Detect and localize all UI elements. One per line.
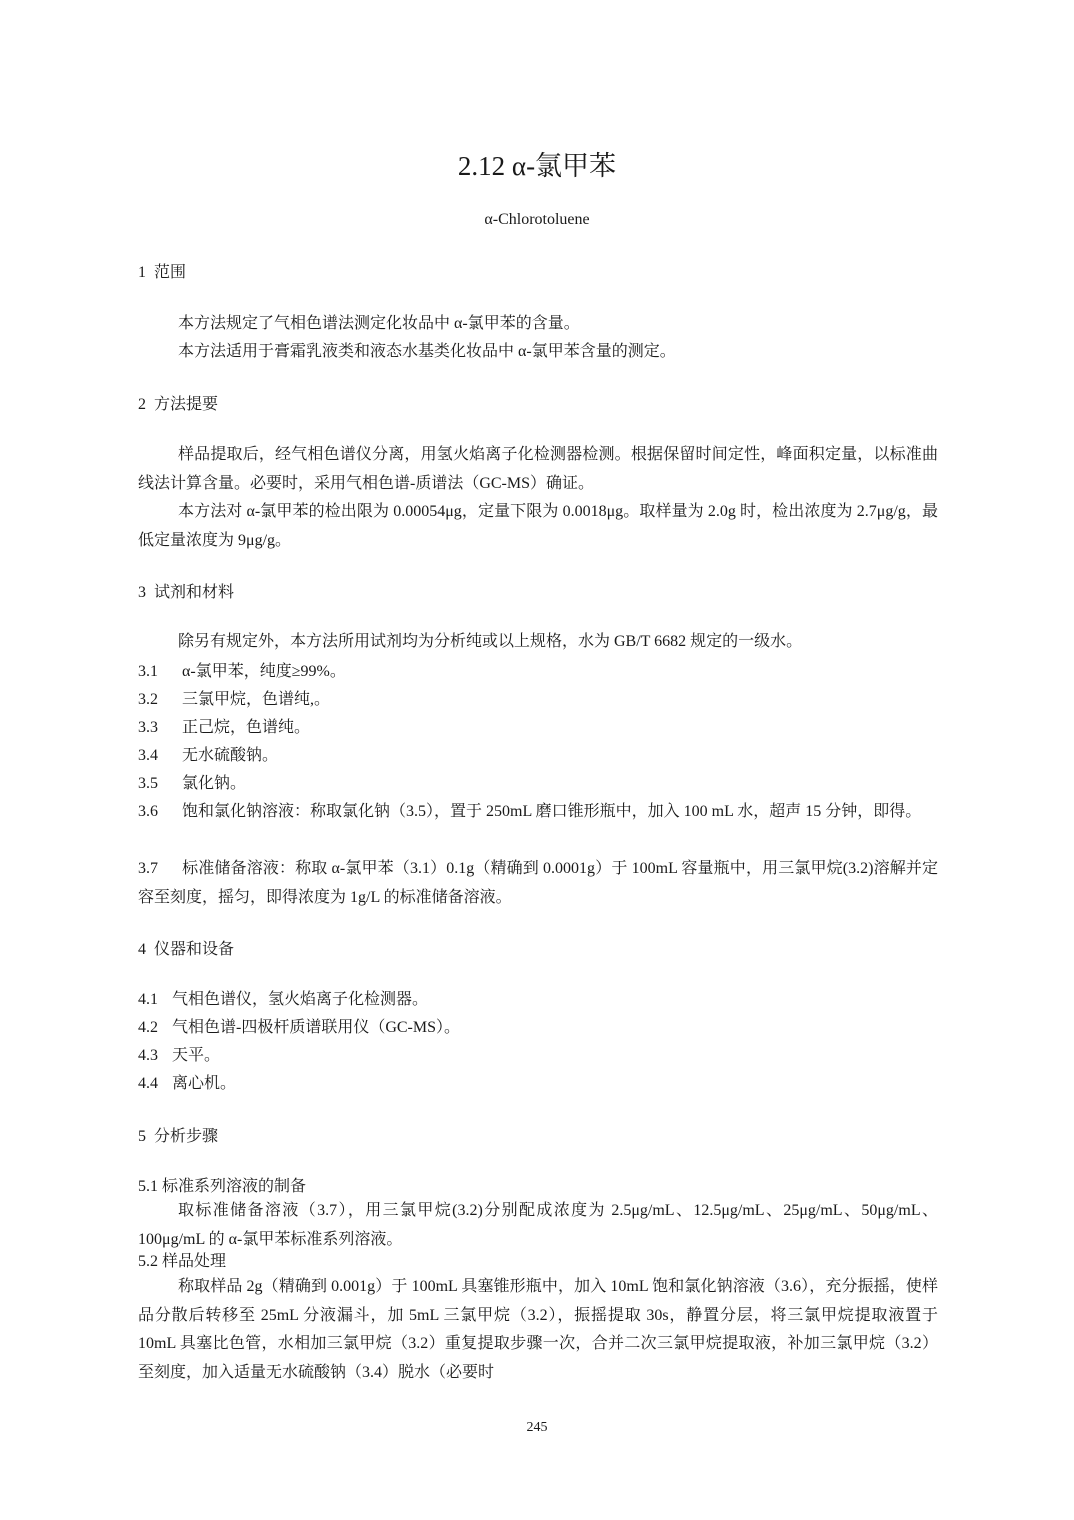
list-item: 4.2气相色谱-四极杆质谱联用仪（GC-MS）。 (138, 1016, 460, 1040)
list-item: 3.5氯化钠。 (138, 772, 246, 796)
list-item: 4.3天平。 (138, 1044, 220, 1068)
section-number: 3 (138, 584, 146, 601)
paragraph: 称取样品 2g（精确到 0.001g）于 100mL 具塞锥形瓶中，加入 10m… (138, 1273, 938, 1387)
list-item: 3.7标准储备溶液：称取 α-氯甲苯（3.1）0.1g（精确到 0.0001g）… (138, 855, 938, 912)
section-1-heading: 1范围 (138, 260, 186, 285)
item-number: 3.2 (138, 688, 182, 712)
item-text: 饱和氯化钠溶液：称取氯化钠（3.5），置于 250mL 磨口锥形瓶中，加入 10… (182, 803, 921, 820)
section-title: 试剂和材料 (154, 582, 234, 601)
section-title: 分析步骤 (154, 1126, 218, 1145)
item-number: 3.3 (138, 716, 182, 740)
item-number: 3.7 (138, 855, 182, 884)
subsection-title: 样品处理 (162, 1253, 226, 1270)
paragraph: 样品提取后，经气相色谱仪分离，用氢火焰离子化检测器检测。根据保留时间定性，峰面积… (138, 441, 938, 498)
subsection-number: 5.2 (138, 1253, 158, 1270)
list-item: 4.1气相色谱仪，氢火焰离子化检测器。 (138, 988, 428, 1012)
item-text: α-氯甲苯，纯度≥99%。 (182, 663, 346, 680)
section-number: 1 (138, 264, 146, 281)
section-number: 2 (138, 396, 146, 413)
list-item: 3.4无水硫酸钠。 (138, 744, 278, 768)
section-title: 方法提要 (154, 394, 218, 413)
list-item: 3.6饱和氯化钠溶液：称取氯化钠（3.5），置于 250mL 磨口锥形瓶中，加入… (138, 798, 938, 827)
paragraph: 本方法规定了气相色谱法测定化妆品中 α-氯甲苯的含量。 (138, 310, 938, 339)
subsection-5-2-heading: 5.2 样品处理 (138, 1250, 226, 1274)
item-number: 3.5 (138, 772, 182, 796)
list-item: 4.4离心机。 (138, 1072, 236, 1096)
item-text: 气相色谱-四极杆质谱联用仪（GC-MS）。 (172, 1019, 460, 1036)
item-number: 4.3 (138, 1044, 172, 1068)
item-text: 正己烷，色谱纯。 (182, 719, 310, 736)
item-number: 4.1 (138, 988, 172, 1012)
item-number: 3.1 (138, 660, 182, 684)
item-text: 标准储备溶液：称取 α-氯甲苯（3.1）0.1g（精确到 0.0001g）于 1… (138, 860, 938, 906)
list-item: 3.3正己烷，色谱纯。 (138, 716, 310, 740)
paragraph: 本方法适用于膏霜乳液类和液态水基类化妆品中 α-氯甲苯含量的测定。 (138, 338, 938, 367)
subsection-5-1-heading: 5.1 标准系列溶液的制备 (138, 1175, 306, 1199)
section-2-heading: 2方法提要 (138, 392, 218, 417)
item-number: 4.2 (138, 1016, 172, 1040)
subsection-title: 标准系列溶液的制备 (162, 1178, 306, 1195)
item-text: 天平。 (172, 1047, 220, 1064)
item-number: 3.6 (138, 798, 182, 827)
item-text: 三氯甲烷，色谱纯,。 (182, 691, 330, 708)
section-title: 范围 (154, 262, 186, 281)
section-3-heading: 3试剂和材料 (138, 580, 234, 605)
paragraph: 取标准储备溶液（3.7），用三氯甲烷(3.2)分别配成浓度为 2.5μg/mL、… (138, 1197, 938, 1254)
page-number: 245 (0, 1420, 1074, 1436)
item-text: 无水硫酸钠。 (182, 747, 278, 764)
paragraph: 本方法对 α-氯甲苯的检出限为 0.00054μg，定量下限为 0.0018μg… (138, 498, 938, 555)
list-item: 3.1α-氯甲苯，纯度≥99%。 (138, 660, 346, 684)
paragraph: 除另有规定外，本方法所用试剂均为分析纯或以上规格，水为 GB/T 6682 规定… (138, 628, 938, 657)
document-page: 2.12 α-氯甲苯 α-Chlorotoluene 1范围 本方法规定了气相色… (0, 0, 1074, 1520)
item-text: 气相色谱仪，氢火焰离子化检测器。 (172, 991, 428, 1008)
document-subtitle: α-Chlorotoluene (0, 208, 1074, 232)
section-number: 4 (138, 941, 146, 958)
list-item: 3.2三氯甲烷，色谱纯,。 (138, 688, 330, 712)
section-4-heading: 4仪器和设备 (138, 937, 234, 962)
item-text: 氯化钠。 (182, 775, 246, 792)
section-5-heading: 5分析步骤 (138, 1124, 218, 1149)
section-number: 5 (138, 1128, 146, 1145)
item-number: 3.4 (138, 744, 182, 768)
document-title: 2.12 α-氯甲苯 (0, 146, 1074, 186)
subsection-number: 5.1 (138, 1178, 158, 1195)
item-number: 4.4 (138, 1072, 172, 1096)
item-text: 离心机。 (172, 1075, 236, 1092)
section-title: 仪器和设备 (154, 939, 234, 958)
